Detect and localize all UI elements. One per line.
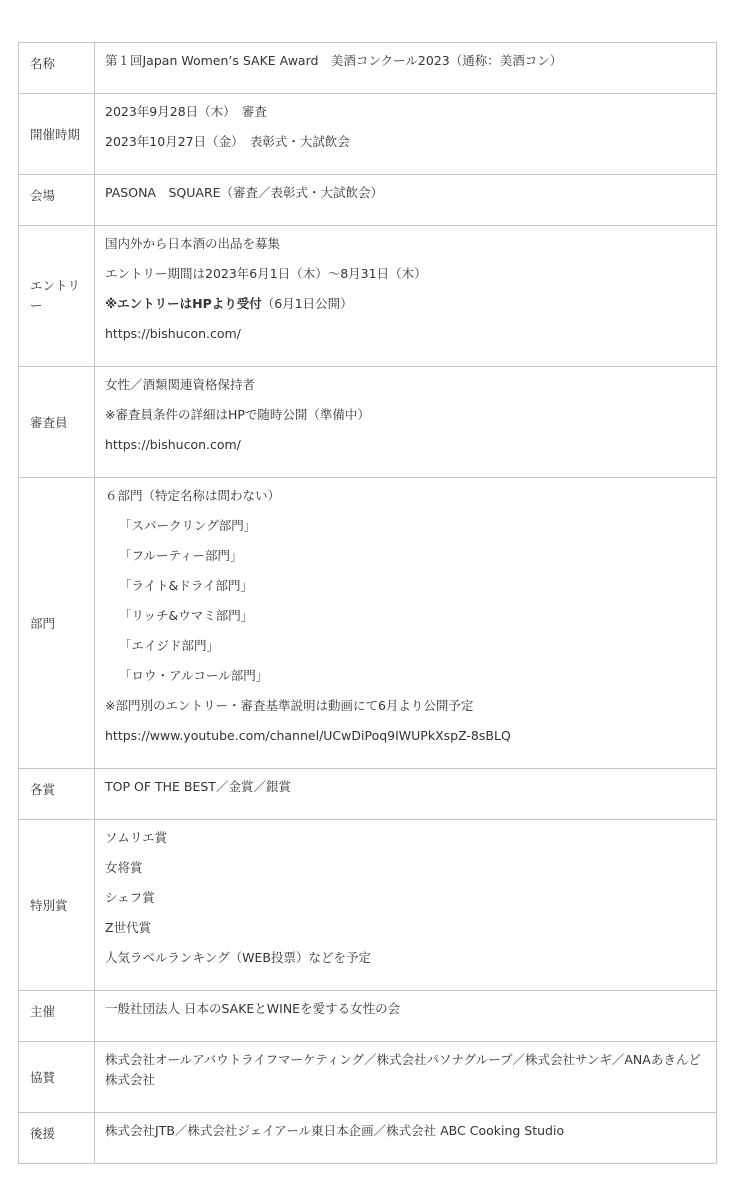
label-entry-line1: エントリ: [30, 276, 94, 296]
entry-period: エントリー期間は2023年6月1日（木）〜8月31日（木）: [105, 262, 706, 292]
value-dates: 2023年9月28日（木） 審査 2023年10月27日（金） 表彰式・大試飲会: [95, 94, 717, 175]
value-venue: PASONA SQUARE（審査／表彰式・大試飲会）: [95, 175, 717, 226]
category-item: 「ライト&ドライ部門」: [105, 574, 706, 604]
categories-video-link[interactable]: https://www.youtube.com/channel/UCwDiPoq…: [105, 724, 706, 754]
organizer-text: 一般社団法人 日本のSAKEとWINEを愛する女性の会: [105, 997, 706, 1027]
row-categories: 部門 ６部門（特定名称は問わない） 「スパークリング部門」 「フルーティー部門」…: [19, 478, 717, 769]
label-name: 名称: [19, 43, 95, 94]
sponsors-text: 株式会社オールアバウトライフマーケティング／株式会社パソナグループ／株式会社サン…: [105, 1048, 706, 1090]
value-categories: ６部門（特定名称は問わない） 「スパークリング部門」 「フルーティー部門」 「ラ…: [95, 478, 717, 769]
awards-text: TOP OF THE BEST／金賞／銀賞: [105, 775, 706, 805]
special-award-item: 女将賞: [105, 856, 706, 886]
category-item: 「フルーティー部門」: [105, 544, 706, 574]
judges-qualification: 女性／酒類関連資格保持者: [105, 373, 706, 403]
category-item: 「エイジド部門」: [105, 634, 706, 664]
value-special-awards: ソムリエ賞 女将賞 シェフ賞 Z世代賞 人気ラベルランキング（WEB投票）などを…: [95, 820, 717, 991]
event-info-table: 名称 第１回Japan Women’s SAKE Award 美酒コンクール20…: [18, 42, 717, 1164]
row-organizer: 主催 一般社団法人 日本のSAKEとWINEを愛する女性の会: [19, 991, 717, 1042]
category-item: 「リッチ&ウマミ部門」: [105, 604, 706, 634]
category-item: 「スパークリング部門」: [105, 514, 706, 544]
row-supporters: 後援 株式会社JTB／株式会社ジェイアール東日本企画／株式会社 ABC Cook…: [19, 1113, 717, 1164]
entry-note-rest: （6月1日公開）: [262, 296, 353, 311]
label-venue: 会場: [19, 175, 95, 226]
special-award-item: 人気ラベルランキング（WEB投票）などを予定: [105, 946, 706, 976]
row-entry: エントリ ー 国内外から日本酒の出品を募集 エントリー期間は2023年6月1日（…: [19, 226, 717, 367]
label-special-awards: 特別賞: [19, 820, 95, 991]
row-judges: 審査員 女性／酒類関連資格保持者 ※審査員条件の詳細はHPで随時公開（準備中） …: [19, 367, 717, 478]
row-special-awards: 特別賞 ソムリエ賞 女将賞 シェフ賞 Z世代賞 人気ラベルランキング（WEB投票…: [19, 820, 717, 991]
categories-note: ※部門別のエントリー・審査基準説明は動画にて6月より公開予定: [105, 694, 706, 724]
date-ceremony: 2023年10月27日（金） 表彰式・大試飲会: [105, 130, 706, 160]
value-judges: 女性／酒類関連資格保持者 ※審査員条件の詳細はHPで随時公開（準備中） http…: [95, 367, 717, 478]
label-dates: 開催時期: [19, 94, 95, 175]
supporters-text: 株式会社JTB／株式会社ジェイアール東日本企画／株式会社 ABC Cooking…: [105, 1119, 706, 1149]
event-name: 第１回Japan Women’s SAKE Award 美酒コンクール2023（…: [105, 49, 706, 79]
venue-text: PASONA SQUARE（審査／表彰式・大試飲会）: [105, 181, 706, 211]
special-award-item: Z世代賞: [105, 916, 706, 946]
entry-url-link[interactable]: https://bishucon.com/: [105, 322, 706, 352]
category-item: 「ロウ・アルコール部門」: [105, 664, 706, 694]
date-judging: 2023年9月28日（木） 審査: [105, 100, 706, 130]
value-awards: TOP OF THE BEST／金賞／銀賞: [95, 769, 717, 820]
row-dates: 開催時期 2023年9月28日（木） 審査 2023年10月27日（金） 表彰式…: [19, 94, 717, 175]
label-supporters: 後援: [19, 1113, 95, 1164]
label-organizer: 主催: [19, 991, 95, 1042]
label-entry-line2: ー: [30, 296, 94, 316]
label-awards: 各賞: [19, 769, 95, 820]
value-sponsors: 株式会社オールアバウトライフマーケティング／株式会社パソナグループ／株式会社サン…: [95, 1042, 717, 1113]
value-name: 第１回Japan Women’s SAKE Award 美酒コンクール2023（…: [95, 43, 717, 94]
value-organizer: 一般社団法人 日本のSAKEとWINEを愛する女性の会: [95, 991, 717, 1042]
label-entry: エントリ ー: [19, 226, 95, 367]
label-judges: 審査員: [19, 367, 95, 478]
row-awards: 各賞 TOP OF THE BEST／金賞／銀賞: [19, 769, 717, 820]
judges-note: ※審査員条件の詳細はHPで随時公開（準備中）: [105, 403, 706, 433]
special-award-item: シェフ賞: [105, 886, 706, 916]
row-venue: 会場 PASONA SQUARE（審査／表彰式・大試飲会）: [19, 175, 717, 226]
value-supporters: 株式会社JTB／株式会社ジェイアール東日本企画／株式会社 ABC Cooking…: [95, 1113, 717, 1164]
row-sponsors: 協賛 株式会社オールアバウトライフマーケティング／株式会社パソナグループ／株式会…: [19, 1042, 717, 1113]
entry-note-bold: ※エントリーはHPより受付: [105, 296, 262, 311]
row-name: 名称 第１回Japan Women’s SAKE Award 美酒コンクール20…: [19, 43, 717, 94]
value-entry: 国内外から日本酒の出品を募集 エントリー期間は2023年6月1日（木）〜8月31…: [95, 226, 717, 367]
label-categories: 部門: [19, 478, 95, 769]
entry-recruit: 国内外から日本酒の出品を募集: [105, 232, 706, 262]
special-award-item: ソムリエ賞: [105, 826, 706, 856]
label-sponsors: 協賛: [19, 1042, 95, 1113]
entry-note: ※エントリーはHPより受付（6月1日公開）: [105, 292, 706, 322]
judges-url-link[interactable]: https://bishucon.com/: [105, 433, 706, 463]
categories-intro: ６部門（特定名称は問わない）: [105, 484, 706, 514]
